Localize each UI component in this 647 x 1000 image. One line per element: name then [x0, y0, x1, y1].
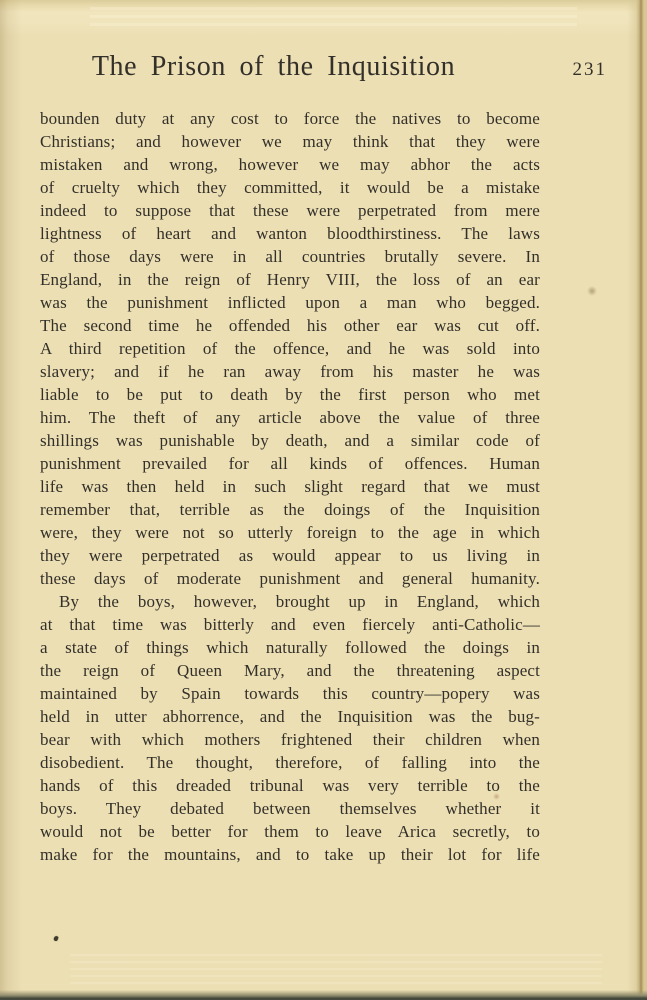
text-line: they were perpetrated as would appear to…	[40, 544, 540, 567]
text-line: disobedient. The thought, therefore, of …	[40, 751, 540, 774]
text-line: The second time he offended his other ea…	[40, 314, 540, 337]
text-line: bear with which mothers frightened their…	[40, 728, 540, 751]
text-line: mistaken and wrong, however we may abhor…	[40, 153, 540, 176]
text-line: lightness of heart and wanton bloodthirs…	[40, 222, 540, 245]
text-line: of cruelty which they committed, it woul…	[40, 176, 540, 199]
page-title: The Prison of the Inquisition	[40, 50, 507, 84]
running-head: The Prison of the Inquisition 231	[40, 50, 607, 84]
page-left-edge	[0, 0, 22, 1000]
paper-streaks-top	[90, 7, 577, 29]
faint-stain-mark	[493, 793, 500, 800]
text-line: make for the mountains, and to take up t…	[40, 843, 540, 866]
text-line: By the boys, however, brought up in Engl…	[40, 590, 540, 613]
text-line: hands of this dreaded tribunal was very …	[40, 774, 540, 797]
text-line: of those days were in all countries brut…	[40, 245, 540, 268]
text-line: held in utter abhorrence, and the Inquis…	[40, 705, 540, 728]
text-line: boys. They debated between themselves wh…	[40, 797, 540, 820]
text-line: at that time was bitterly and even fierc…	[40, 613, 540, 636]
paragraph: By the boys, however, brought up in Engl…	[40, 590, 540, 866]
book-page-scan: The Prison of the Inquisition 231 bounde…	[0, 0, 647, 1000]
text-line: remember that, terrible as the doings of…	[40, 498, 540, 521]
text-line: A third repetition of the offence, and h…	[40, 337, 540, 360]
text-line: shillings was punishable by death, and a…	[40, 429, 540, 452]
paragraph: bounden duty at any cost to force the na…	[40, 107, 540, 590]
text-line: these days of moderate punishment and ge…	[40, 567, 540, 590]
page-bottom-edge	[0, 990, 647, 1000]
page-top-edge	[0, 0, 647, 36]
body-text: bounden duty at any cost to force the na…	[40, 107, 540, 866]
text-line: the reign of Queen Mary, and the threate…	[40, 659, 540, 682]
text-line: liable to be put to death by the first p…	[40, 383, 540, 406]
text-line: slavery; and if he ran away from his mas…	[40, 360, 540, 383]
text-line: bounden duty at any cost to force the na…	[40, 107, 540, 130]
ink-speck-mark	[53, 935, 58, 941]
page-right-edge	[627, 0, 647, 1000]
text-line: Christians; and however we may think tha…	[40, 130, 540, 153]
text-line: life was then held in such slight regard…	[40, 475, 540, 498]
text-line: was the punishment inflicted upon a man …	[40, 291, 540, 314]
paper-smudge-mark	[587, 286, 597, 296]
text-line: punishment prevailed for all kinds of of…	[40, 452, 540, 475]
text-line: would not be better for them to leave Ar…	[40, 820, 540, 843]
text-line: him. The theft of any article above the …	[40, 406, 540, 429]
page-number: 231	[573, 59, 608, 81]
text-line: a state of things which naturally follow…	[40, 636, 540, 659]
text-line: England, in the reign of Henry VIII, the…	[40, 268, 540, 291]
text-line: were, they were not so utterly foreign t…	[40, 521, 540, 544]
text-line: indeed to suppose that these were perpet…	[40, 199, 540, 222]
paper-streaks-bottom	[70, 954, 602, 988]
text-line: maintained by Spain towards this country…	[40, 682, 540, 705]
